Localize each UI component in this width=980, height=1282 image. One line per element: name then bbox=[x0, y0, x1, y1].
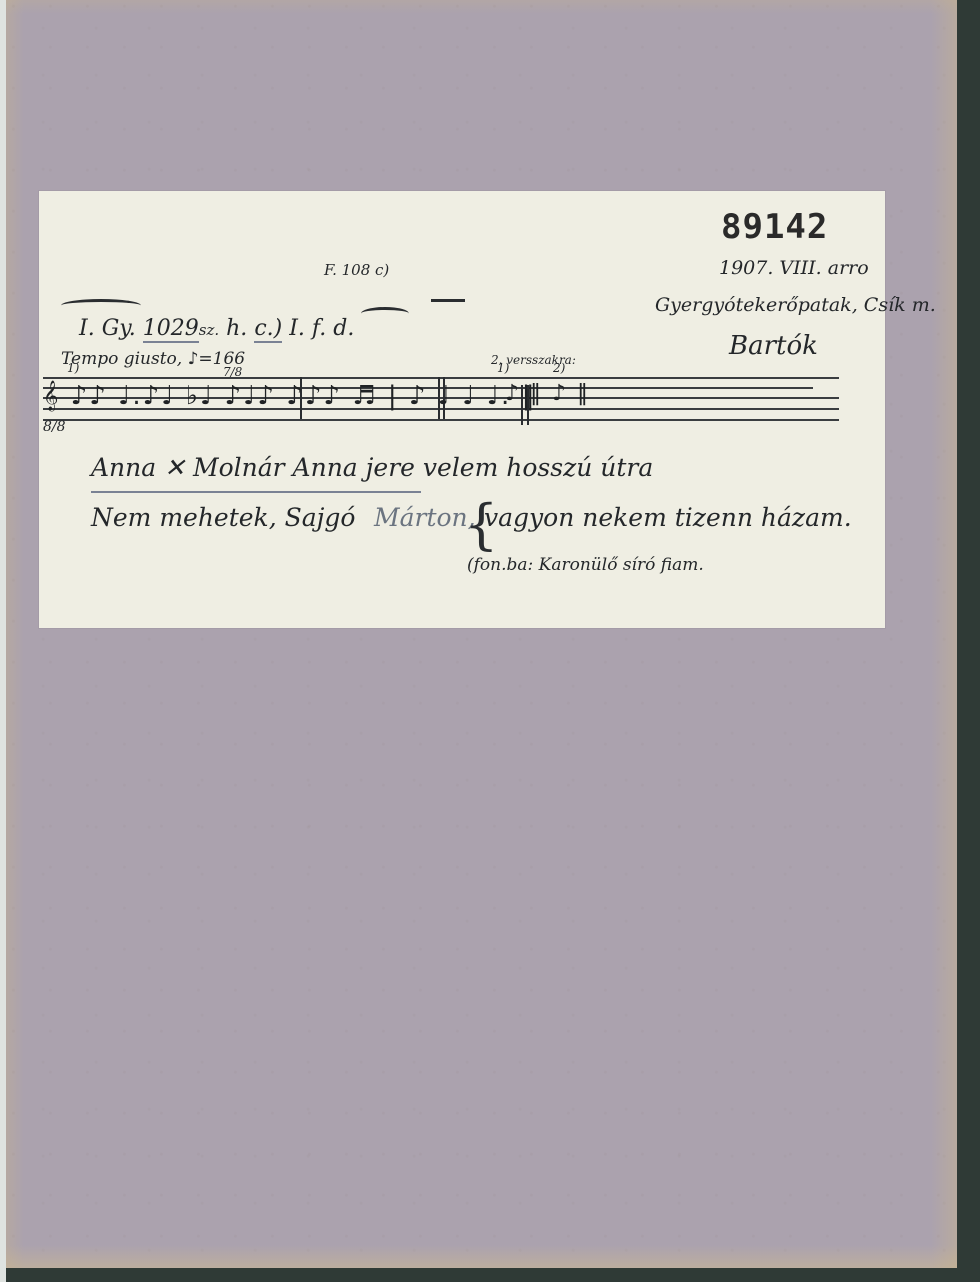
catalog-suffix: sz. bbox=[199, 321, 219, 339]
staff-line bbox=[43, 419, 839, 421]
lyrics-underline bbox=[91, 491, 421, 493]
slur-mark bbox=[61, 299, 141, 312]
cardboard-mount: 89142 1907. VIII. arro Gyergyótekerőpata… bbox=[6, 0, 957, 1268]
main-melody-notes: 𝄞 ♪♪ ♩.♪♩ ♭♩ ♪♩♪ ♪♪♪ ♬ | ♪ ♩ ♩ ♩. ‖ bbox=[43, 381, 537, 412]
variant-mark-2: 2) bbox=[553, 361, 565, 375]
collector-name: Bartók bbox=[729, 331, 818, 361]
tempo-marking: Tempo giusto, ♪=166 bbox=[61, 349, 245, 369]
catalog-label-1: I. bbox=[79, 316, 95, 341]
catalog-number: 1029 bbox=[143, 316, 199, 343]
measure-mark-1: 1) bbox=[67, 361, 79, 375]
lyrics-line-1: Anna ✕ Molnár Anna jere velem hosszú útr… bbox=[91, 453, 653, 482]
catalog-d: d. bbox=[333, 316, 354, 341]
catalog-c: c.) bbox=[254, 316, 282, 343]
lyrics-line-2c: vagyon nekem tizenn házam. bbox=[484, 503, 852, 532]
lyrics-line-2b: Márton, bbox=[374, 503, 476, 532]
variant-melody-notes: ♪ ‖ ♪ ‖ bbox=[505, 381, 590, 406]
music-staff: 𝄞 ♪♪ ♩.♪♩ ♭♩ ♪♩♪ ♪♪♪ ♬ | ♪ ♩ ♩ ♩. ‖ ♪ ‖ … bbox=[43, 377, 839, 433]
collection-card: 89142 1907. VIII. arro Gyergyótekerőpata… bbox=[39, 191, 885, 628]
staff-line bbox=[43, 377, 839, 379]
location-line: Gyergyótekerőpatak, Csík m. bbox=[655, 294, 936, 316]
lyrics-footnote: (fon.ba: Karonülő síró fiam. bbox=[467, 555, 704, 575]
archive-stamp-number: 89142 bbox=[721, 207, 828, 247]
date-line: 1907. VIII. arro bbox=[719, 257, 869, 279]
catalog-h: h. bbox=[226, 316, 247, 341]
overline-mark bbox=[431, 299, 465, 306]
variant-mark-1: 1) bbox=[497, 361, 509, 375]
catalog-if: I. f. bbox=[289, 316, 326, 341]
measure-mark-2: 7/8 bbox=[223, 365, 242, 379]
catalog-line: I. Gy. 1029sz. h. c.) I. f. d. bbox=[79, 316, 354, 341]
slur-mark bbox=[361, 307, 409, 320]
time-signature: 8/8 bbox=[43, 419, 66, 435]
lyrics-line-2a: Nem mehetek, Sajgó bbox=[91, 503, 355, 532]
catalog-label-2: Gy. bbox=[102, 316, 136, 341]
reference-note: F. 108 c) bbox=[324, 261, 389, 279]
